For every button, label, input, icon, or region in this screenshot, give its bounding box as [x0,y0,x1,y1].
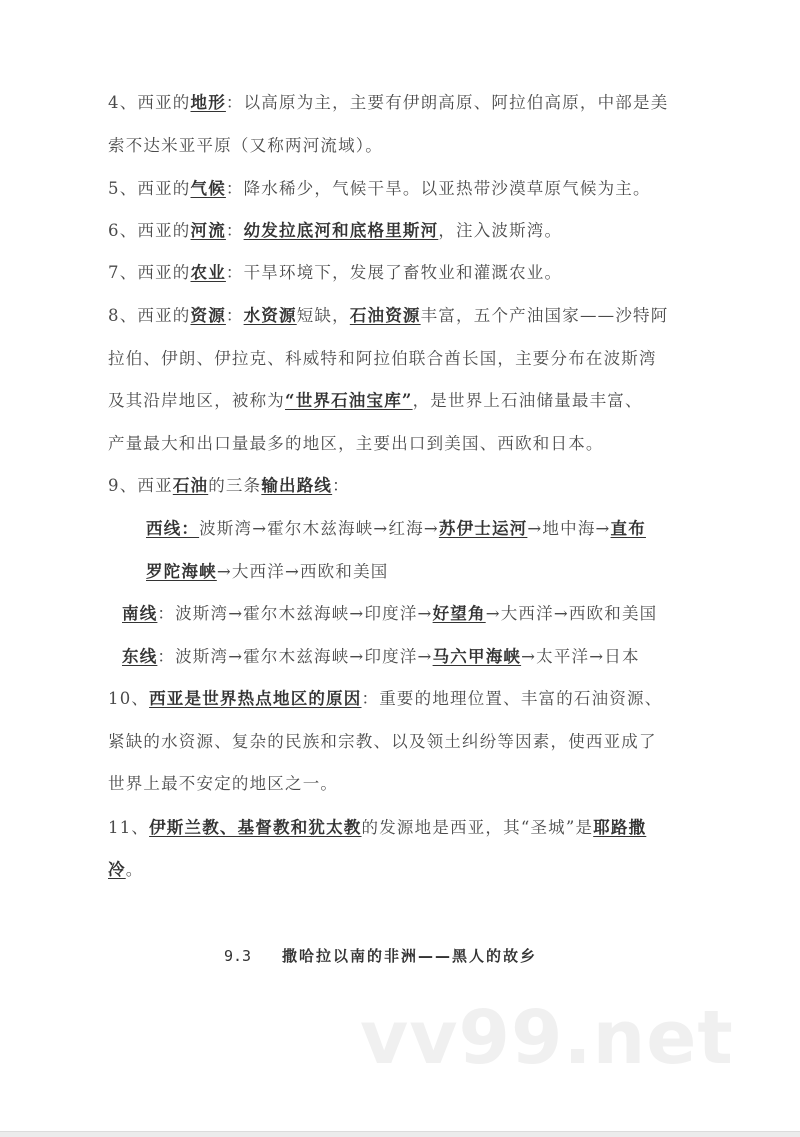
text: 9、西亚 [108,476,173,495]
keyword-rivers: 河流 [191,221,226,240]
keyword-climate: 气候 [191,179,226,198]
page-bottom-edge [0,1131,800,1137]
keyword-export-routes: 输出路线 [261,476,332,495]
item-8-line-2: 拉伯、伊朗、伊拉克、科威特和阿拉伯联合酋长国，主要分布在波斯湾 [108,349,657,369]
item-11-line-1: 11、伊斯兰教、基督教和犹太教的发源地是西亚，其“圣城”是耶路撒 [108,818,646,838]
route-west-line-1: 西线：波斯湾→霍尔木兹海峡→红海→苏伊士运河→地中海→直布 [146,519,646,539]
text: 及其沿岸地区，被称为 [108,391,285,410]
item-4-line-1: 4、西亚的地形：以高原为主，主要有伊朗高原、阿拉伯高原，中部是美 [108,93,668,113]
keyword-oil: 石油 [173,476,208,495]
item-8-line-3: 及其沿岸地区，被称为“世界石油宝库”，是世界上石油储量最丰富、 [108,391,643,411]
section-title: 撒哈拉以南的非洲——黑人的故乡 [282,947,537,965]
text: 7、西亚的 [108,263,191,282]
keyword-terrain: 地形 [191,93,226,112]
text: →地中海→ [527,519,610,538]
text: 短缺， [297,306,350,325]
keyword-religions: 伊斯兰教、基督教和犹太教 [149,818,361,837]
text: 的三条 [208,476,261,495]
text: ： [157,647,175,666]
keyword-gibraltar-part2: 罗陀海峡 [146,562,217,581]
item-8-line-1: 8、西亚的资源：水资源短缺，石油资源丰富，五个产油国家——沙特阿 [108,306,668,326]
watermark: vv99.net [360,995,734,1081]
text: 6、西亚的 [108,221,191,240]
item-8-line-4: 产量最大和出口量最多的地区，主要出口到美国、西欧和日本。 [108,434,604,454]
text: ：降水稀少，气候干旱。以亚热带沙漠草原气候为主。 [226,179,651,198]
keyword-jerusalem-part1: 耶路撒 [593,818,646,837]
section-number: 9.3 [224,947,282,965]
text: 。 [126,860,144,879]
text: 丰富，五个产油国家——沙特阿 [421,306,669,325]
text: ，注入波斯湾。 [438,221,562,240]
route-west-label: 西线： [146,519,199,538]
document-page: 4、西亚的地形：以高原为主，主要有伊朗高原、阿拉伯高原，中部是美 索不达米亚平原… [0,0,800,1130]
keyword-cape-of-good-hope: 好望角 [433,604,486,623]
route-east-label: 东线 [122,647,157,666]
text: 5、西亚的 [108,179,191,198]
item-10-line-2: 紧缺的水资源、复杂的民族和宗教、以及领土纠纷等因素，使西亚成了 [108,732,657,752]
text: ：以高原为主，主要有伊朗高原、阿拉伯高原，中部是美 [226,93,669,112]
route-south-label: 南线 [122,604,157,623]
text: ：干旱环境下，发展了畜牧业和灌溉农业。 [226,263,562,282]
keyword-suez-canal: 苏伊士运河 [439,519,528,538]
text: ： [157,604,175,623]
item-10-line-1: 10、西亚是世界热点地区的原因：重要的地理位置、丰富的石油资源、 [108,689,662,709]
keyword-resources: 资源 [191,306,226,325]
item-4-line-2: 索不达米亚平原（又称两河流域）。 [108,136,383,156]
text: →大西洋→西欧和美国 [486,604,658,623]
keyword-oil-resources: 石油资源 [350,306,421,325]
text: ： [226,221,244,240]
text: 4、西亚的 [108,93,191,112]
text: 11、 [108,818,149,837]
text: →太平洋→日本 [521,647,640,666]
item-9: 9、西亚石油的三条输出路线： [108,476,350,496]
text: 8、西亚的 [108,306,191,325]
text: ：重要的地理位置、丰富的石油资源、 [362,689,663,708]
section-heading: 9.3撒哈拉以南的非洲——黑人的故乡 [224,945,537,966]
route-west-line-2: 罗陀海峡→大西洋→西欧和美国 [146,562,388,582]
keyword-jerusalem-part2: 冷 [108,860,126,879]
text: →大西洋→西欧和美国 [217,562,389,581]
route-east: 东线：波斯湾→霍尔木兹海峡→印度洋→马六甲海峡→太平洋→日本 [122,647,640,667]
keyword-water-resources: 水资源 [244,306,297,325]
keyword-hotspot-reasons: 西亚是世界热点地区的原因 [149,689,361,708]
text: 的发源地是西亚，其“圣城”是 [362,818,594,837]
item-11-line-2: 冷。 [108,860,143,880]
item-7: 7、西亚的农业：干旱环境下，发展了畜牧业和灌溉农业。 [108,263,562,283]
keyword-agriculture: 农业 [191,263,226,282]
text: ，是世界上石油储量最丰富、 [413,391,643,410]
keyword-gibraltar-part1: 直布 [611,519,646,538]
keyword-strait-of-malacca: 马六甲海峡 [433,647,522,666]
keyword-euphrates-tigris: 幼发拉底河和底格里斯河 [244,221,439,240]
text: 波斯湾→霍尔木兹海峡→印度洋→ [175,647,432,666]
keyword-world-oil-treasury: “世界石油宝库” [285,391,413,410]
text: 波斯湾→霍尔木兹海峡→红海→ [199,519,439,538]
text: 波斯湾→霍尔木兹海峡→印度洋→ [175,604,432,623]
item-10-line-3: 世界上最不安定的地区之一。 [108,774,338,794]
text: ： [226,306,244,325]
item-6: 6、西亚的河流：幼发拉底河和底格里斯河，注入波斯湾。 [108,221,562,241]
item-5: 5、西亚的气候：降水稀少，气候干旱。以亚热带沙漠草原气候为主。 [108,179,651,199]
route-south: 南线：波斯湾→霍尔木兹海峡→印度洋→好望角→大西洋→西欧和美国 [122,604,657,624]
text: ： [332,476,350,495]
text: 10、 [108,689,149,708]
